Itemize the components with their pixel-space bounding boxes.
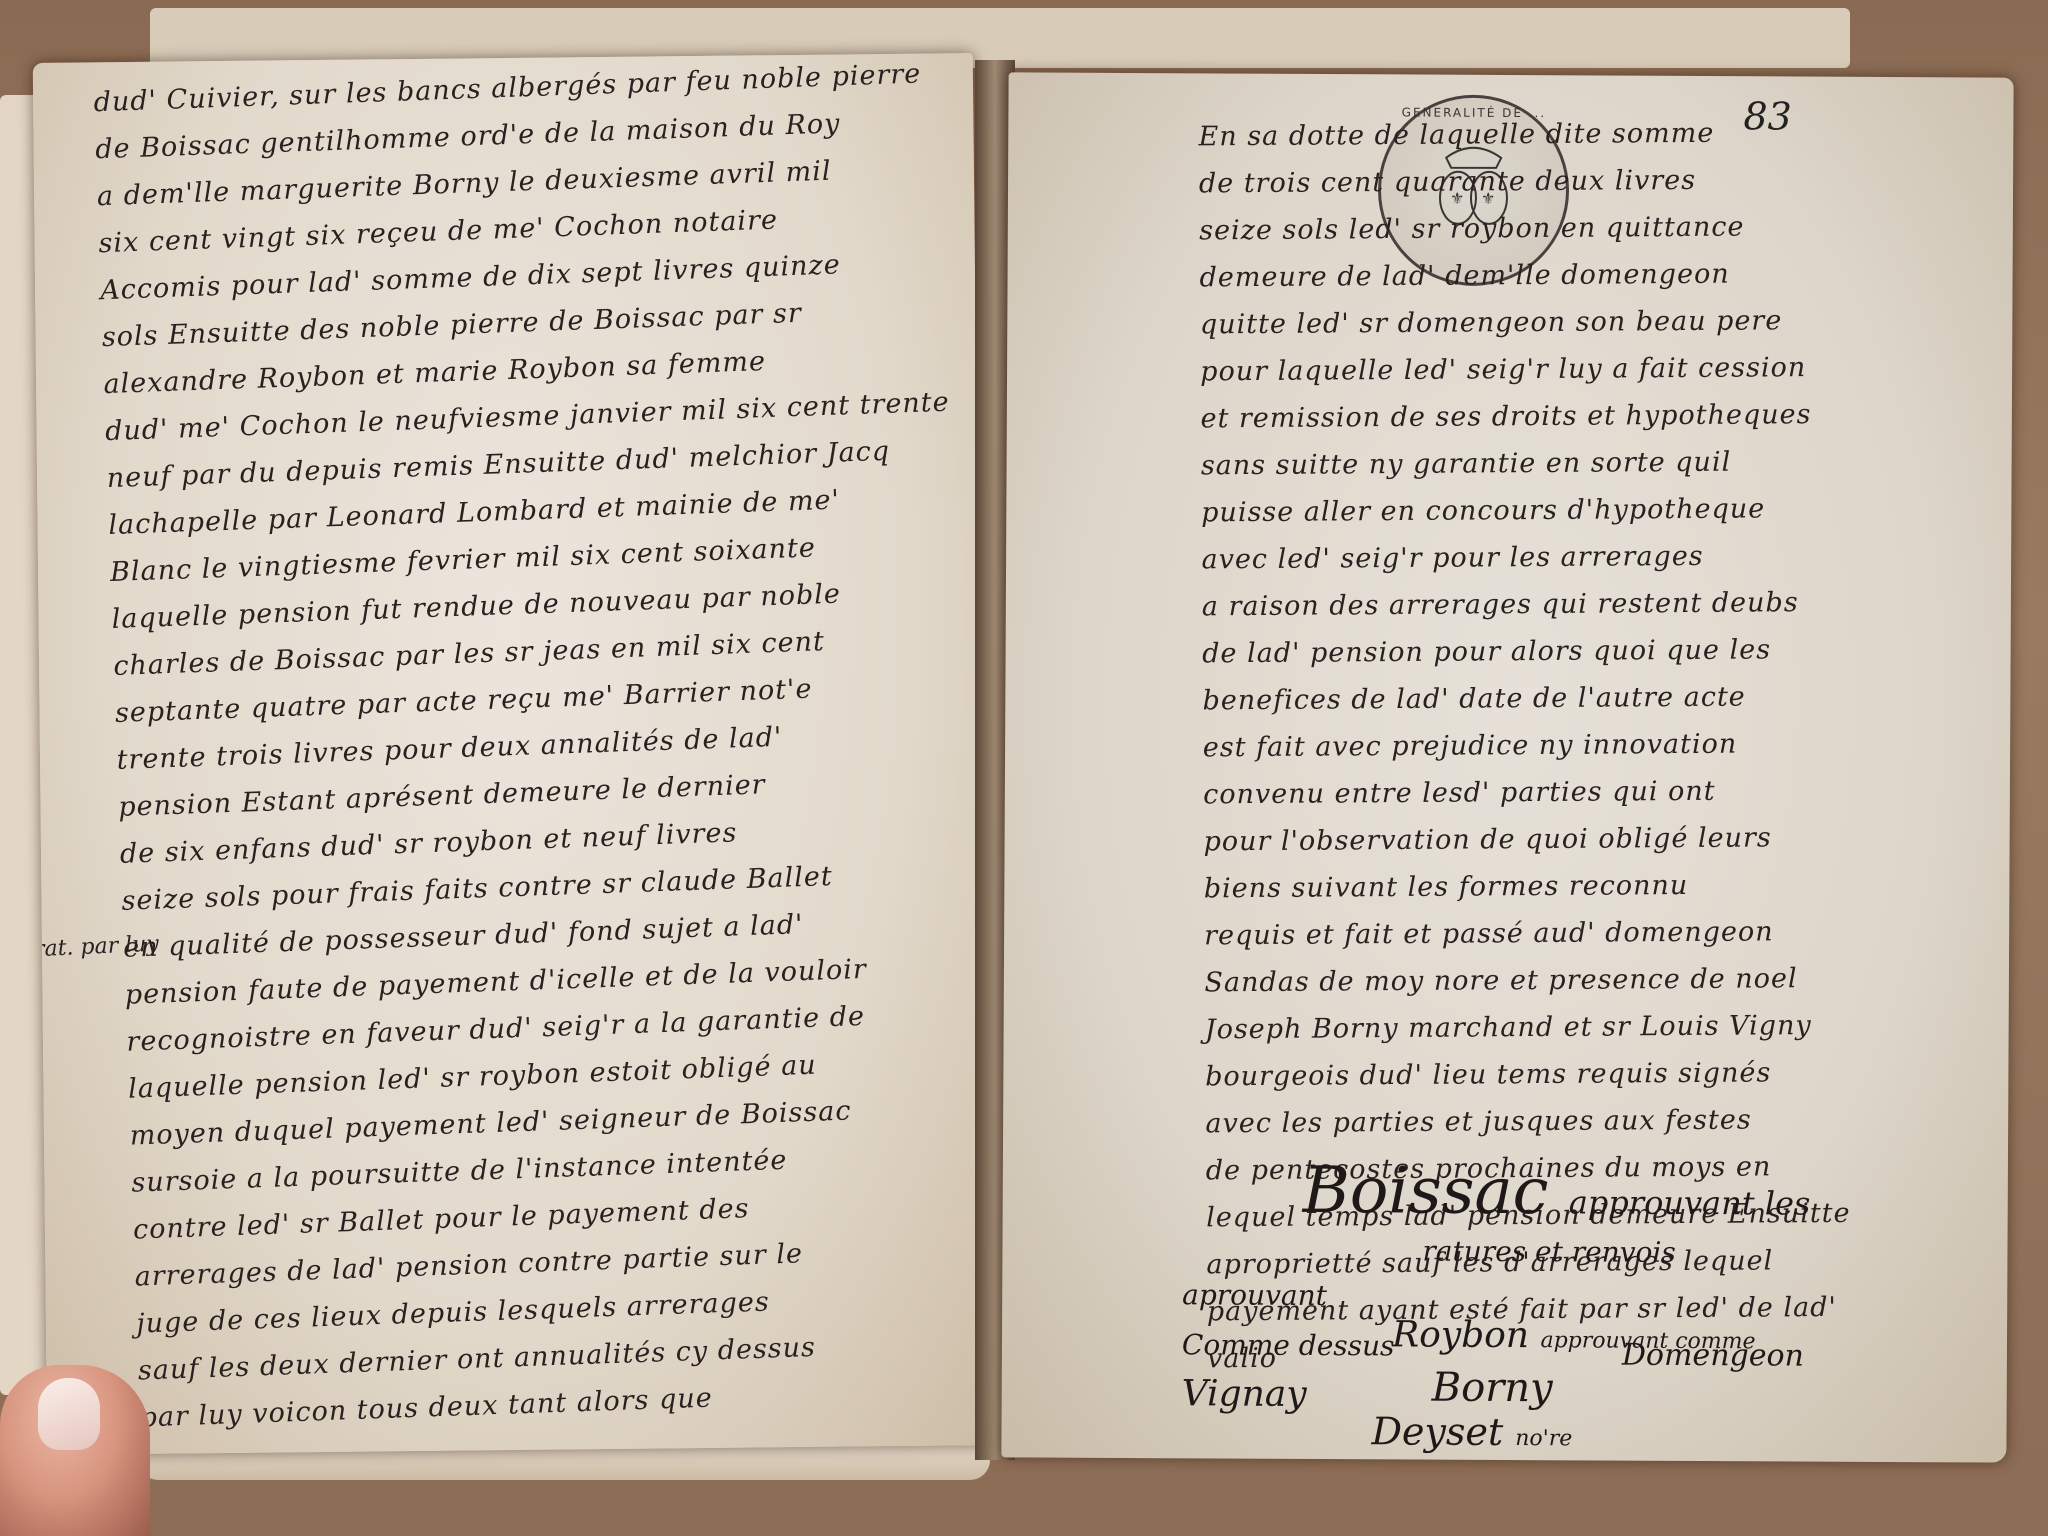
signature-borny: Borny bbox=[1432, 1365, 1553, 1412]
text-line: a raison des arrerages qui restent deubs bbox=[1202, 579, 1847, 630]
text-line: et remission de ses droits et hypotheque… bbox=[1200, 391, 1845, 442]
text-line: convenu entre lesd' parties qui ont bbox=[1203, 767, 1848, 818]
text-line: bourgeois dud' lieu tems requis signés bbox=[1205, 1049, 1850, 1100]
text-line: avec les parties et jusques aux festes bbox=[1205, 1096, 1850, 1147]
note-ratures-renvois: ratures et renvois bbox=[1422, 1235, 1675, 1269]
text-line: de lad' pension pour alors quoi que les bbox=[1202, 626, 1847, 677]
text-line: Sandas de moy nore et presence de noel bbox=[1204, 955, 1849, 1006]
thumbnail bbox=[38, 1378, 100, 1450]
text-line: biens suivant les formes reconnu bbox=[1204, 861, 1849, 912]
text-line: sans suitte ny garantie en sorte quil bbox=[1201, 438, 1846, 489]
left-page: dud' Cuivier, sur les bancs albergés par… bbox=[33, 53, 988, 1455]
signature-deyset: Deyset no're bbox=[1371, 1409, 1572, 1454]
text-line: pour laquelle led' seig'r luy a fait ces… bbox=[1200, 344, 1845, 395]
text-line: quitte led' sr domengeon son beau pere bbox=[1200, 297, 1845, 348]
note-comme-dessus: Comme dessus bbox=[1182, 1328, 1395, 1362]
right-page: GENERALITÉ DE ... ⚜ ⚜ 83 En sa dotte de … bbox=[1001, 72, 2013, 1462]
signature-boissac: Boissac approuvant les bbox=[1303, 1154, 1811, 1231]
left-page-text: dud' Cuivier, sur les bancs albergés par… bbox=[93, 53, 985, 1442]
text-line: de trois cent quarante deux livres bbox=[1199, 156, 1844, 207]
text-line: pour l'observation de quoi obligé leurs bbox=[1203, 814, 1848, 865]
text-line: puisse aller en concours d'hypotheque bbox=[1201, 485, 1846, 536]
text-line: requis et fait et passé aud' domengeon bbox=[1204, 908, 1849, 959]
text-line: seize sols led' sr roybon en quittance bbox=[1199, 203, 1844, 254]
text-line: avec led' seig'r pour les arrerages bbox=[1201, 532, 1846, 583]
text-line: demeure de lad' dem'lle domengeon bbox=[1199, 250, 1844, 301]
signature-vignay: Vignay bbox=[1182, 1373, 1307, 1415]
text-line: est fait avec prejudice ny innovation bbox=[1203, 720, 1848, 771]
text-line: Joseph Borny marchand et sr Louis Vigny bbox=[1205, 1002, 1850, 1053]
text-line: benefices de lad' date de l'autre acte bbox=[1202, 673, 1847, 724]
signature-domengeon: Domengeon bbox=[1622, 1338, 1804, 1374]
text-line: En sa dotte de laquelle dite somme bbox=[1198, 109, 1843, 160]
note-aprouvant: aprouvant bbox=[1182, 1278, 1327, 1312]
